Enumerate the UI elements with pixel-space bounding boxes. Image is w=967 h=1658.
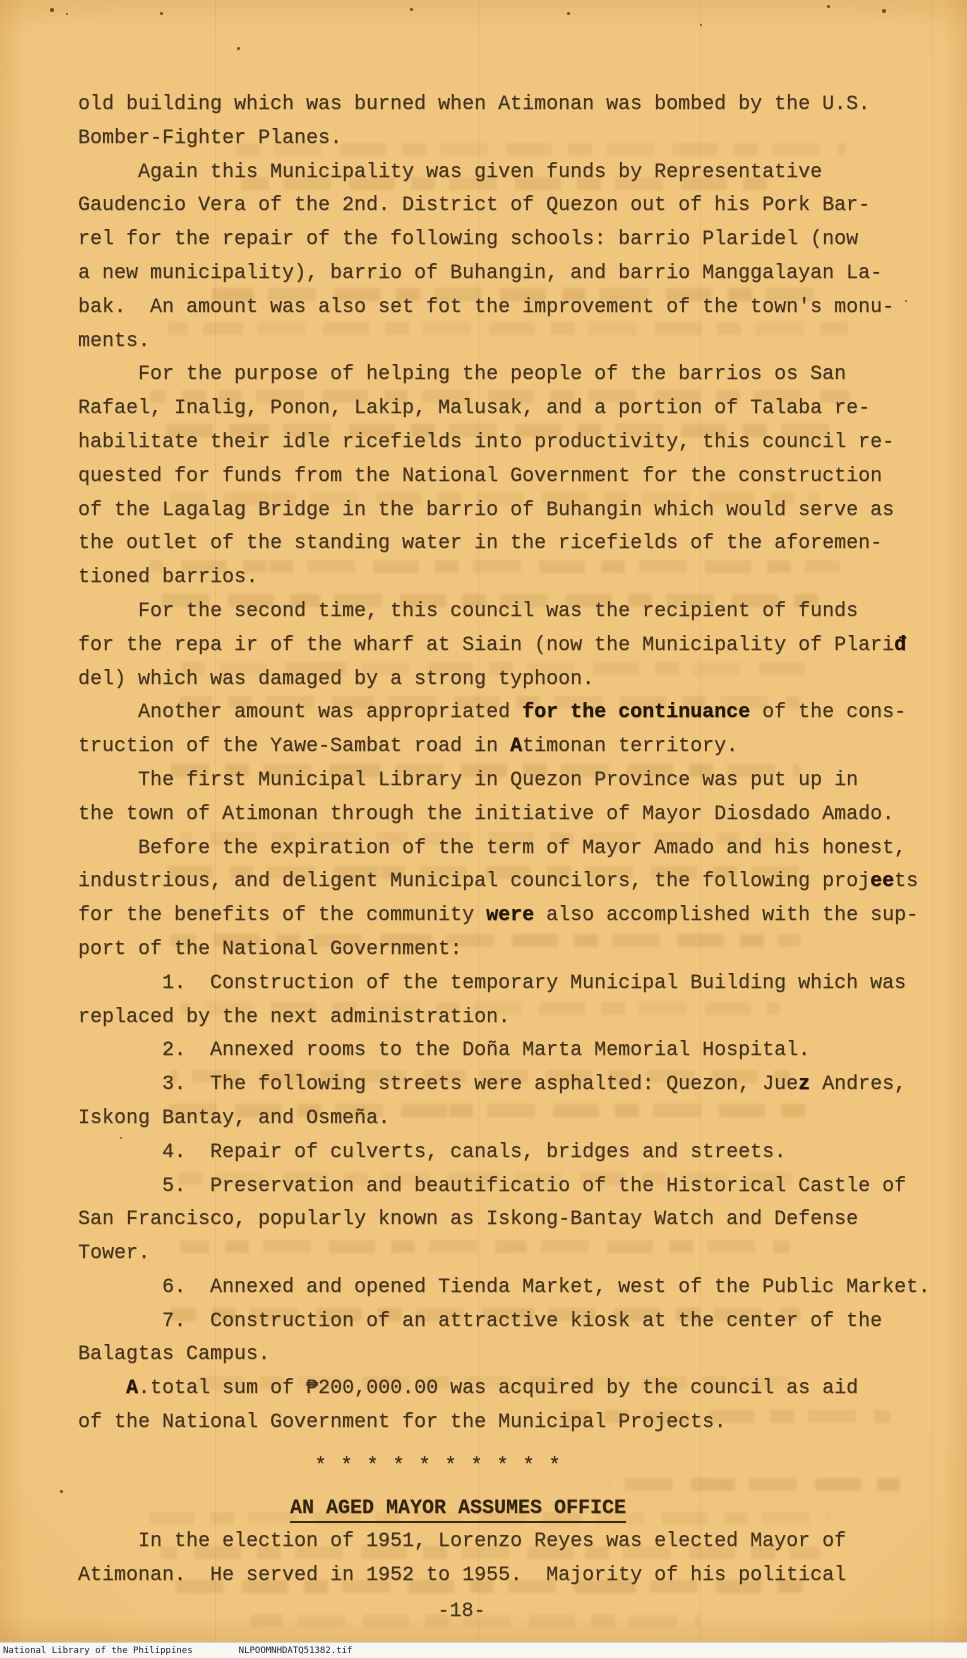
text-line: of the Lagalag Bridge in the barrio of B… (78, 494, 938, 528)
text-line: For the second time, this council was th… (78, 595, 938, 629)
text-line: Gaudencio Vera of the 2nd. District of Q… (78, 189, 938, 223)
scan-footer-filename: NLPOOMNHDATQ51382.tif (239, 1646, 353, 1656)
text-line: Again this Municipality was given funds … (78, 156, 938, 190)
text-line: of the National Government for the Munic… (78, 1406, 938, 1440)
text-line: Rafael, Inalig, Ponon, Lakip, Malusak, a… (78, 392, 938, 426)
text-line: 2. Annexed rooms to the Doña Marta Memor… (78, 1034, 938, 1068)
text-line: 3. The following streets were asphalted:… (78, 1068, 938, 1102)
text-line: bak. An amount was also set fot the impr… (78, 291, 938, 325)
text-line: the outlet of the standing water in the … (78, 527, 938, 561)
text-line: San Francisco, popularly known as Iskong… (78, 1203, 938, 1237)
paper-speck (882, 9, 886, 13)
text-line: old building which was burned when Atimo… (78, 88, 938, 122)
text-line: A.total sum of ₱200,000.00 was acquired … (78, 1372, 938, 1406)
text-line: 6. Annexed and opened Tienda Market, wes… (78, 1271, 938, 1305)
text-line: Another amount was appropriated for the … (78, 696, 938, 730)
section-heading: AN AGED MAYOR ASSUMES OFFICE (28, 1492, 888, 1526)
paper-speck (827, 5, 830, 8)
text-line: rel for the repair of the following scho… (78, 223, 938, 257)
text-line: for the benefits of the community were a… (78, 899, 938, 933)
paper-speck (700, 24, 702, 26)
text-line: 4. Repair of culverts, canals, bridges a… (78, 1136, 938, 1170)
paper-speck (60, 1490, 63, 1493)
scan-footer-library-label: National Library of the Philippines (3, 1646, 193, 1656)
text-line: Tower. (78, 1237, 938, 1271)
paper-speck (410, 8, 413, 11)
text-line: 5. Preservation and beautificatio of the… (78, 1170, 938, 1204)
text-line: for the repa ir of the wharf at Siain (n… (78, 629, 938, 663)
text-line: Bomber-Fighter Planes. (78, 122, 938, 156)
text-line: Balagtas Campus. (78, 1338, 938, 1372)
text-line: In the election of 1951, Lorenzo Reyes w… (78, 1525, 938, 1559)
text-line: 1. Construction of the temporary Municip… (78, 967, 938, 1001)
text-line: Atimonan. He served in 1952 to 1955. Maj… (78, 1559, 938, 1593)
text-line: For the purpose of helping the people of… (78, 358, 938, 392)
paper-speck (905, 300, 907, 302)
paper-speck (237, 47, 240, 50)
text-line: a new municipality), barrio of Buhangin,… (78, 257, 938, 291)
text-line: 7. Construction of an attractive kiosk a… (78, 1305, 938, 1339)
text-line: habilitate their idle ricefields into pr… (78, 426, 938, 460)
text-line: industrious, and deligent Municipal coun… (78, 865, 938, 899)
text-line: The first Municipal Library in Quezon Pr… (78, 764, 938, 798)
page-number: -18- (0, 1600, 945, 1623)
text-line: the town of Atimonan through the initiat… (78, 798, 938, 832)
text-line: replaced by the next administration. (78, 1001, 938, 1035)
text-line: Before the expiration of the term of May… (78, 832, 938, 866)
text-line: Iskong Bantay, and Osmeña. (78, 1102, 938, 1136)
paper-speck (66, 13, 68, 15)
text-line: del) which was damaged by a strong typho… (78, 663, 938, 697)
scan-footer: National Library of the Philippines NLPO… (0, 1642, 967, 1658)
asterisk-separator: * * * * * * * * * * (8, 1450, 868, 1484)
text-line: tioned barrios. (78, 561, 938, 595)
paper-speck (50, 8, 54, 12)
paper-speck (120, 1137, 122, 1139)
text-line: port of the National Government: (78, 933, 938, 967)
typewritten-text: old building which was burned when Atimo… (78, 88, 938, 1593)
paper-speck (160, 12, 163, 15)
text-line: truction of the Yawe-Sambat road in Atim… (78, 730, 938, 764)
text-line: ments. (78, 325, 938, 359)
text-line: quested for funds from the National Gove… (78, 460, 938, 494)
paper-speck (567, 12, 570, 15)
